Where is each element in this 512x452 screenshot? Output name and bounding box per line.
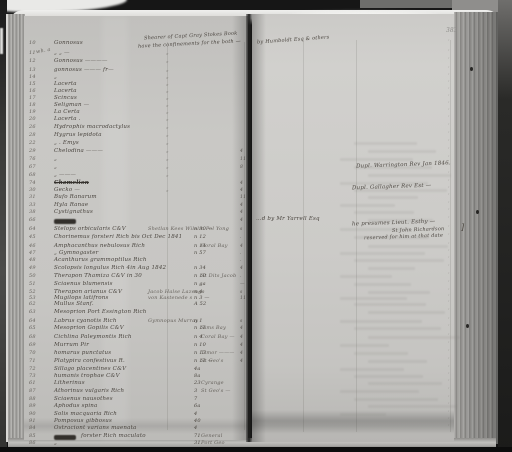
- row-number: 51: [29, 281, 36, 288]
- row-entry-text: Chamelion: [54, 180, 89, 187]
- row-specimen-number: 40: [194, 418, 201, 425]
- ditto-mark: „: [166, 102, 169, 109]
- show-through-line: [368, 174, 451, 177]
- ditto-mark: „: [166, 81, 169, 88]
- ditto-mark: „: [166, 156, 169, 163]
- check-tick: ’: [448, 425, 450, 430]
- row-number: 74: [29, 180, 36, 187]
- row-entry-text: Sciaenus blumensis: [54, 281, 113, 288]
- ditto-mark: „: [166, 132, 169, 139]
- row-entry-text: Bufo Ranarum: [54, 194, 97, 201]
- show-through-line: [340, 252, 425, 255]
- check-tick: ’: [448, 67, 450, 72]
- ditto-mark: „: [166, 88, 169, 95]
- left-page: wh. a Shearer of Capt Gray Stokes Book h…: [24, 16, 248, 440]
- row-entry-text: forster Rich maculato: [81, 433, 146, 440]
- row-entry-text: Mesoprion Gopilis C&V: [54, 325, 124, 332]
- row-entry-text: Chorinemus forsteri Rich bis Oct Dec 184…: [54, 234, 182, 241]
- ledger-row: 11„ „ —„: [24, 50, 248, 58]
- check-tick: ’: [448, 289, 450, 294]
- check-tick: ’: [448, 140, 450, 145]
- show-through-line: [340, 368, 404, 371]
- row-entry-text: Sillago placentines C&V: [54, 366, 126, 373]
- ledger-row: 68„ ———„: [24, 172, 248, 180]
- row-specimen-number: n 10: [194, 342, 206, 349]
- row-number: 19: [29, 109, 36, 116]
- ledger-row: 63Mesoprion Port Essington Rich: [24, 309, 248, 317]
- ledger-row: 50Therapon Thamiza C&V in 30n 10St Dits …: [24, 273, 248, 281]
- row-number: 86: [29, 440, 36, 447]
- row-number: 20: [29, 116, 36, 123]
- show-through-line: [340, 275, 392, 278]
- show-through-line: [340, 390, 419, 393]
- show-through-line: [354, 283, 411, 286]
- row-locality-note: Timor ———: [201, 350, 234, 357]
- right-page-ticks: ’’’’’’’’’’’’’’’’’’’’’’’’’’’’’’’’’’’’’’’’…: [252, 14, 454, 442]
- check-tick: ’: [448, 250, 450, 255]
- row-number: 10: [29, 40, 36, 47]
- check-tick: ’: [448, 325, 450, 330]
- ledger-row: 87Athorinus vulgaris Rich3St Geo's —: [24, 388, 248, 396]
- row-number: 11: [29, 50, 36, 57]
- show-through-line: [340, 228, 410, 231]
- ledger-row: 29Chelodina ———„4: [24, 148, 248, 156]
- ledger-row: 28Hygrus lepidota„: [24, 132, 248, 140]
- row-number: 46: [29, 243, 36, 250]
- row-entry-text: „: [54, 156, 57, 163]
- row-entry-text: Litherinus: [54, 380, 85, 387]
- book-gutter: [246, 14, 252, 442]
- show-through-line: [368, 196, 418, 199]
- row-locality-note: Gymnopus Murray: [148, 318, 198, 325]
- background-object: [360, 0, 452, 8]
- row-entry-text: „: [54, 74, 57, 81]
- check-tick: ’: [448, 380, 450, 385]
- show-through-line: [354, 398, 438, 401]
- show-through-line: [368, 382, 442, 385]
- row-number: 67: [29, 164, 36, 171]
- row-entry-text: Hydrophis macrodactylus: [54, 124, 130, 131]
- check-tick: ’: [448, 342, 450, 347]
- row-locality-note: Coral Bay —: [201, 334, 235, 341]
- check-tick: ’: [448, 411, 450, 416]
- check-tick: ’: [448, 295, 450, 300]
- background-right-edge: [498, 0, 512, 452]
- check-tick: ’: [448, 366, 450, 371]
- ditto-mark: „: [166, 58, 169, 65]
- ledger-row: 68Cichlina Paleymontis Richn 4Coral Bay …: [24, 334, 248, 342]
- row-entry-text: „: [54, 164, 57, 171]
- ledger-row: 10Gonnosus: [24, 40, 248, 48]
- row-entry-text: gonnosus ——— fr—: [54, 67, 114, 74]
- row-entry-text: Aphodus spina: [54, 403, 98, 410]
- row-number: 15: [29, 81, 36, 88]
- check-tick: ’: [448, 187, 450, 192]
- row-entry-text: Cichlina Paleymontis Rich: [54, 334, 132, 341]
- ditto-mark: „: [166, 148, 169, 155]
- row-number: 72: [29, 366, 36, 373]
- row-number: 68: [29, 334, 36, 341]
- ledger-row: 12Gonnosus ————„: [24, 58, 248, 66]
- ditto-mark: „: [166, 74, 169, 81]
- book-fore-edge-left: [6, 14, 25, 442]
- check-tick: ’: [448, 164, 450, 169]
- show-through-line: [340, 413, 386, 416]
- ledger-row: 76„„11: [24, 156, 248, 164]
- check-tick: ’: [448, 281, 450, 286]
- row-number: 65: [29, 325, 36, 332]
- right-page: 383 by Humboldt Esq & others Dupl. Warri…: [252, 14, 454, 442]
- row-entry-text: Therapon Thamiza C&V in 30: [54, 273, 142, 280]
- ink-blot: [54, 219, 76, 224]
- row-number: 70: [29, 350, 36, 357]
- check-tick: ’: [448, 109, 450, 114]
- row-number: 29: [29, 148, 36, 155]
- show-through-line: [368, 219, 433, 222]
- check-tick: ’: [448, 226, 450, 231]
- show-through-line: [368, 245, 448, 248]
- fore-edge-speck: [470, 67, 473, 71]
- row-entry-text: „: [54, 440, 57, 447]
- row-entry-text: Sciaenus nausothes: [54, 396, 113, 403]
- row-number: 13: [29, 67, 36, 74]
- row-specimen-number: 4a: [194, 366, 201, 373]
- check-tick: ’: [448, 358, 450, 363]
- row-specimen-number: 4: [194, 425, 197, 432]
- ledger-row: 45Chorinemus forsteri Rich bis Oct Dec 1…: [24, 234, 248, 242]
- row-entry-text: Ostraciont varians maenata: [54, 425, 137, 432]
- check-tick: ’: [448, 265, 450, 270]
- check-tick: ’: [448, 301, 450, 306]
- ditto-mark: „: [166, 164, 169, 171]
- row-entry-text: Athorinus vulgaris Rich: [54, 388, 124, 395]
- row-number: 26: [29, 124, 36, 131]
- ledger-row: 86„31Port Geo: [24, 440, 248, 448]
- show-through-line: [368, 311, 445, 314]
- memo-bracket: ]: [461, 223, 464, 232]
- row-number: 31: [29, 194, 36, 201]
- check-tick: ’: [448, 95, 450, 100]
- row-specimen-number: 23: [194, 380, 201, 387]
- row-number: 47: [29, 250, 36, 257]
- row-specimen-number: 8a: [194, 373, 201, 380]
- check-tick: ’: [448, 217, 450, 222]
- row-entry-text: Chelodina ———: [54, 148, 103, 155]
- ditto-mark: „: [166, 172, 169, 179]
- row-entry-text: Lacerta: [54, 88, 77, 95]
- row-entry-text: Murrum Pir: [54, 342, 89, 349]
- row-locality-note: St Geo's: [201, 358, 224, 365]
- row-entry-text: Amphacanthus nebulosus Rich: [54, 243, 145, 250]
- ledger-row: 69Murrum Pirn 104: [24, 342, 248, 350]
- ledger-row: 20Lacerta .„: [24, 116, 248, 124]
- row-locality-note: Sims Bay: [201, 325, 226, 332]
- show-through-line: [340, 204, 395, 207]
- row-specimen-number: 4: [194, 411, 197, 418]
- row-entry-text: „ ———: [54, 172, 76, 179]
- row-entry-text: Scincus: [54, 95, 77, 102]
- check-tick: ’: [448, 180, 450, 185]
- row-number: 62: [29, 301, 36, 308]
- check-tick: ’: [448, 50, 450, 55]
- ditto-mark: „: [166, 124, 169, 131]
- fore-edge-speck: [466, 324, 469, 328]
- check-tick: ’: [448, 102, 450, 107]
- row-number: 48: [29, 257, 36, 264]
- check-tick: ’: [448, 81, 450, 86]
- check-tick: ’: [448, 243, 450, 248]
- row-number: 88: [29, 396, 36, 403]
- row-number: 17: [29, 95, 36, 102]
- row-locality-note: Cyrange: [201, 380, 224, 387]
- row-locality-note: Port Geo: [201, 440, 225, 447]
- ledger-row: 65Mesoprion Gopilis C&Vn 11Sims Bay4: [24, 325, 248, 333]
- show-through-line: [340, 320, 422, 323]
- ditto-mark: „: [166, 140, 169, 147]
- row-number: 87: [29, 388, 36, 395]
- row-specimen-number: 6a: [194, 403, 201, 410]
- row-number: 68: [29, 172, 36, 179]
- row-specimen-number: 7: [194, 396, 197, 403]
- row-number: 89: [29, 403, 36, 410]
- left-edge-highlight: [0, 28, 3, 54]
- row-number: 45: [29, 234, 36, 241]
- row-entry-text: Cystignathus: [54, 209, 93, 216]
- show-through-line: [368, 291, 430, 294]
- row-number: 73: [29, 373, 36, 380]
- row-entry-text: Lacerta: [54, 81, 77, 88]
- row-number: 64: [29, 226, 36, 233]
- row-locality-note: Coral Bay: [201, 243, 228, 250]
- check-tick: ’: [448, 156, 450, 161]
- row-entry-text: Mesoprion Port Essington Rich: [54, 309, 147, 316]
- ledger-row: 89Aphodus spina6a: [24, 403, 248, 411]
- check-tick: ’: [448, 234, 450, 239]
- show-through-line: [354, 375, 423, 378]
- show-through-line: [368, 336, 460, 339]
- check-tick: ’: [448, 58, 450, 63]
- check-tick: ’: [448, 273, 450, 278]
- row-number: 16: [29, 88, 36, 95]
- row-locality-note: St Geo's —: [201, 388, 231, 395]
- row-entry-text: Acanthurus grammoptilus Rich: [54, 257, 147, 264]
- row-specimen-number: 71: [194, 433, 201, 440]
- row-number: 18: [29, 102, 36, 109]
- show-through-line: [354, 259, 444, 262]
- row-specimen-number: 31: [194, 440, 201, 447]
- row-entry-text: Hyla Ranae: [54, 202, 88, 209]
- ledger-row: 62Mullus Stanf.A 52: [24, 301, 248, 309]
- row-number: 91: [29, 418, 36, 425]
- check-tick: ’: [448, 194, 450, 199]
- row-entry-text: Gonnosus: [54, 40, 83, 47]
- row-specimen-number: n 57: [194, 250, 206, 257]
- check-tick: ’: [448, 257, 450, 262]
- show-through-line: [368, 405, 457, 408]
- show-through-line: [340, 344, 389, 347]
- ledger-row: 70homarus punctatusn 13Timor ———4: [24, 350, 248, 358]
- ledger-row: 61Litherinus23Cyrange: [24, 380, 248, 388]
- row-number: 76: [29, 156, 36, 163]
- row-entry-text: Stelops orbicularis C&V: [54, 226, 126, 233]
- row-number: 33: [29, 202, 36, 209]
- fore-edge-speck: [476, 210, 479, 214]
- show-through-line: [354, 303, 426, 306]
- row-entry-text: Gecko —: [54, 187, 80, 194]
- row-entry-text: homarus punctatus: [54, 350, 111, 357]
- ledger-row: 664: [24, 217, 248, 225]
- row-specimen-number: A 52: [194, 301, 206, 308]
- check-tick: ’: [448, 132, 450, 137]
- row-entry-text: Solis macquaria Rich: [54, 411, 117, 418]
- show-through-line: [368, 150, 436, 153]
- show-through-line: [354, 327, 441, 330]
- ledger-row: 22„ . Emys„: [24, 140, 248, 148]
- check-tick: ’: [448, 309, 450, 314]
- check-tick: ’: [448, 350, 450, 355]
- ditto-mark: „: [166, 116, 169, 123]
- row-number: 22: [29, 140, 36, 147]
- row-entry-text: Pomposus gibbosus: [54, 418, 112, 425]
- check-tick: ’: [448, 396, 450, 401]
- row-entry-text: Lacerta .: [54, 116, 81, 123]
- check-tick: ’: [448, 373, 450, 378]
- row-number: 30: [29, 187, 36, 194]
- row-entry-text: „ . Emys: [54, 140, 79, 147]
- row-number: 90: [29, 411, 36, 418]
- ditto-mark: „: [166, 50, 169, 57]
- row-number: 84: [29, 425, 36, 432]
- ditto-mark: „: [166, 67, 169, 74]
- show-through-line: [340, 297, 407, 300]
- ditto-mark: „: [166, 109, 169, 116]
- row-number: 64: [29, 318, 36, 325]
- check-tick: ’: [448, 40, 450, 45]
- check-tick: ’: [448, 418, 450, 423]
- ledger-row: 48Acanthurus grammoptilus Rich.: [24, 257, 248, 265]
- left-page-rows: 10Gonnosus11„ „ —„12Gonnosus ————„13gonn…: [24, 16, 248, 440]
- ledger-row: 51Sciaenus blumensisn ga—: [24, 281, 248, 289]
- row-number: 71: [29, 358, 36, 365]
- ledger-photograph: wh. a Shearer of Capt Gray Stokes Book h…: [0, 0, 512, 452]
- show-through-line: [354, 189, 447, 192]
- row-number: 28: [29, 132, 36, 139]
- row-locality-note: Shetlan Kees Wilelm Pol Yong: [148, 226, 229, 233]
- row-specimen-number: n 12: [194, 234, 206, 241]
- row-number: 63: [29, 309, 36, 316]
- ditto-mark: „: [166, 95, 169, 102]
- show-through-line: [340, 158, 413, 161]
- ledger-row: 49Scolopsis longulus Rich 4in Aug 1842n …: [24, 265, 248, 273]
- ledger-row: 64Stelops orbicularis C&Vn 30 —Shetlan K…: [24, 226, 248, 234]
- row-entry-text: Labrus cyanotis Rich: [54, 318, 117, 325]
- show-through-line: [354, 352, 408, 355]
- row-number: 85: [29, 433, 36, 440]
- check-tick: ’: [448, 202, 450, 207]
- check-tick: ’: [448, 388, 450, 393]
- row-number: 69: [29, 342, 36, 349]
- row-number: 50: [29, 273, 36, 280]
- row-entry-text: Scolopsis longulus Rich 4in Aug 1842: [54, 265, 166, 272]
- check-tick: ’: [448, 318, 450, 323]
- ledger-row: 26Hydrophis macrodactylus„: [24, 124, 248, 132]
- ink-blot: [54, 435, 76, 440]
- check-tick: ’: [448, 74, 450, 79]
- row-specimen-number: n 34: [194, 265, 206, 272]
- row-entry-text: Platypira confestivus R.: [54, 358, 125, 365]
- show-through-line: [340, 182, 428, 185]
- row-entry-text: „ Gymnogaster: [54, 250, 98, 257]
- ledger-row: 38Cystignathus4: [24, 209, 248, 217]
- check-tick: ’: [448, 124, 450, 129]
- row-entry-text: Hygrus lepidota: [54, 132, 102, 139]
- row-locality-note: General: [201, 433, 223, 440]
- check-tick: ’: [448, 116, 450, 121]
- row-entry-text: „ „ —: [54, 50, 70, 57]
- row-number: 38: [29, 209, 36, 216]
- row-specimen-number: n ga: [194, 281, 206, 288]
- row-entry-text: humanis trophae C&V: [54, 373, 120, 380]
- row-entry-text: Gonnosus ————: [54, 58, 108, 65]
- row-entry-text: Seligman —: [54, 102, 89, 109]
- check-tick: ’: [448, 148, 450, 153]
- show-through-line: [368, 360, 427, 363]
- ditto-mark: „: [166, 187, 169, 194]
- row-number: 12: [29, 58, 36, 65]
- ledger-row: 84Ostraciont varians maenata4: [24, 425, 248, 433]
- ledger-row: 31Bufo Ranarum11: [24, 194, 248, 202]
- show-through-line: [354, 142, 417, 145]
- row-entry-text: La Certa: [54, 109, 80, 116]
- row-specimen-number: 3: [194, 388, 197, 395]
- check-tick: ’: [448, 88, 450, 93]
- row-number: 66: [29, 217, 36, 224]
- row-number: 49: [29, 265, 36, 272]
- ledger-row: 67„„8: [24, 164, 248, 172]
- check-tick: ’: [448, 209, 450, 214]
- show-through-line: [354, 211, 414, 214]
- show-through-line: [368, 267, 415, 270]
- row-number: 61: [29, 380, 36, 387]
- show-through-line: [354, 236, 429, 239]
- row-number: 14: [29, 74, 36, 81]
- show-through-line: [354, 166, 432, 169]
- row-entry-text: Mullus Stanf.: [54, 301, 94, 308]
- ledger-row: 71Platypira confestivus R.n 11 —St Geo's…: [24, 358, 248, 366]
